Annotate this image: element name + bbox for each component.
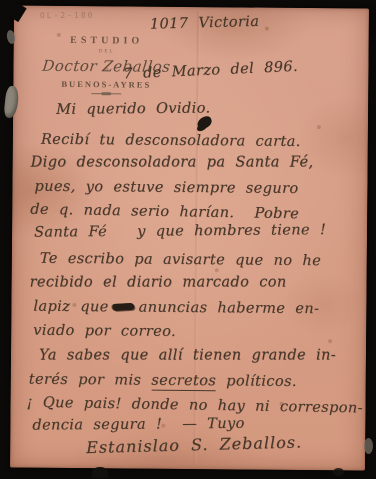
nick-bottom-right: [333, 468, 344, 476]
body-line: Santa Fé y que hombres tiene !: [34, 223, 326, 240]
tear-right-edge: [364, 438, 373, 454]
photograph-of-letter: OL-2-180 ESTUDIO DEL Doctor Zeballos BUE…: [0, 0, 376, 479]
body-line: de q. nada serio harían. Pobre: [30, 203, 299, 222]
body-line-prefix: lapiz que: [33, 299, 108, 316]
body-line: recibido el diario marcado con: [30, 276, 287, 291]
letterhead-studio: ESTUDIO: [32, 35, 182, 47]
body-line: viado por correo.: [33, 324, 176, 340]
body-line: pues, yo estuve siempre seguro: [34, 180, 298, 197]
body-line: Digo desconsoladora pa Santa Fé,: [31, 156, 314, 171]
body-line: Recibí tu desconsoladora carta.: [41, 133, 301, 150]
salutation-line: Mi querido Ovidio.: [56, 101, 211, 117]
nick-bottom-edge: [92, 467, 108, 478]
body-line-with-scribble: lapiz queanuncias haberme en-: [33, 300, 319, 317]
signature: Estanislao S. Zeballos.: [86, 434, 302, 456]
archival-pencil-code: OL-2-180: [40, 11, 95, 20]
ink-blot: [195, 115, 213, 131]
body-line-suffix: políticos.: [216, 373, 297, 390]
address-line: 1017 Victoria: [150, 15, 260, 32]
letter-paper: OL-2-180 ESTUDIO DEL Doctor Zeballos BUE…: [10, 5, 369, 470]
letterhead-ornament-rule: [91, 93, 121, 94]
scratched-out-word: [112, 303, 134, 311]
body-line-suffix: anuncias haberme en-: [139, 300, 320, 318]
body-line-with-underline: terés por mis secretos políticos.: [29, 373, 297, 390]
underlined-word: secretos: [151, 373, 216, 392]
body-line: Ya sabes que allí tienen grande in-: [39, 349, 336, 364]
body-line-prefix: terés por mis: [29, 372, 152, 389]
closing-line: dencia segura ! — Tuyo: [32, 417, 244, 433]
body-line: ¡ Que pais! donde no hay ni correspon-: [26, 396, 363, 416]
letterhead-del: DEL: [32, 49, 182, 55]
body-line: Te escribo pa avisarte que no he: [40, 252, 321, 269]
